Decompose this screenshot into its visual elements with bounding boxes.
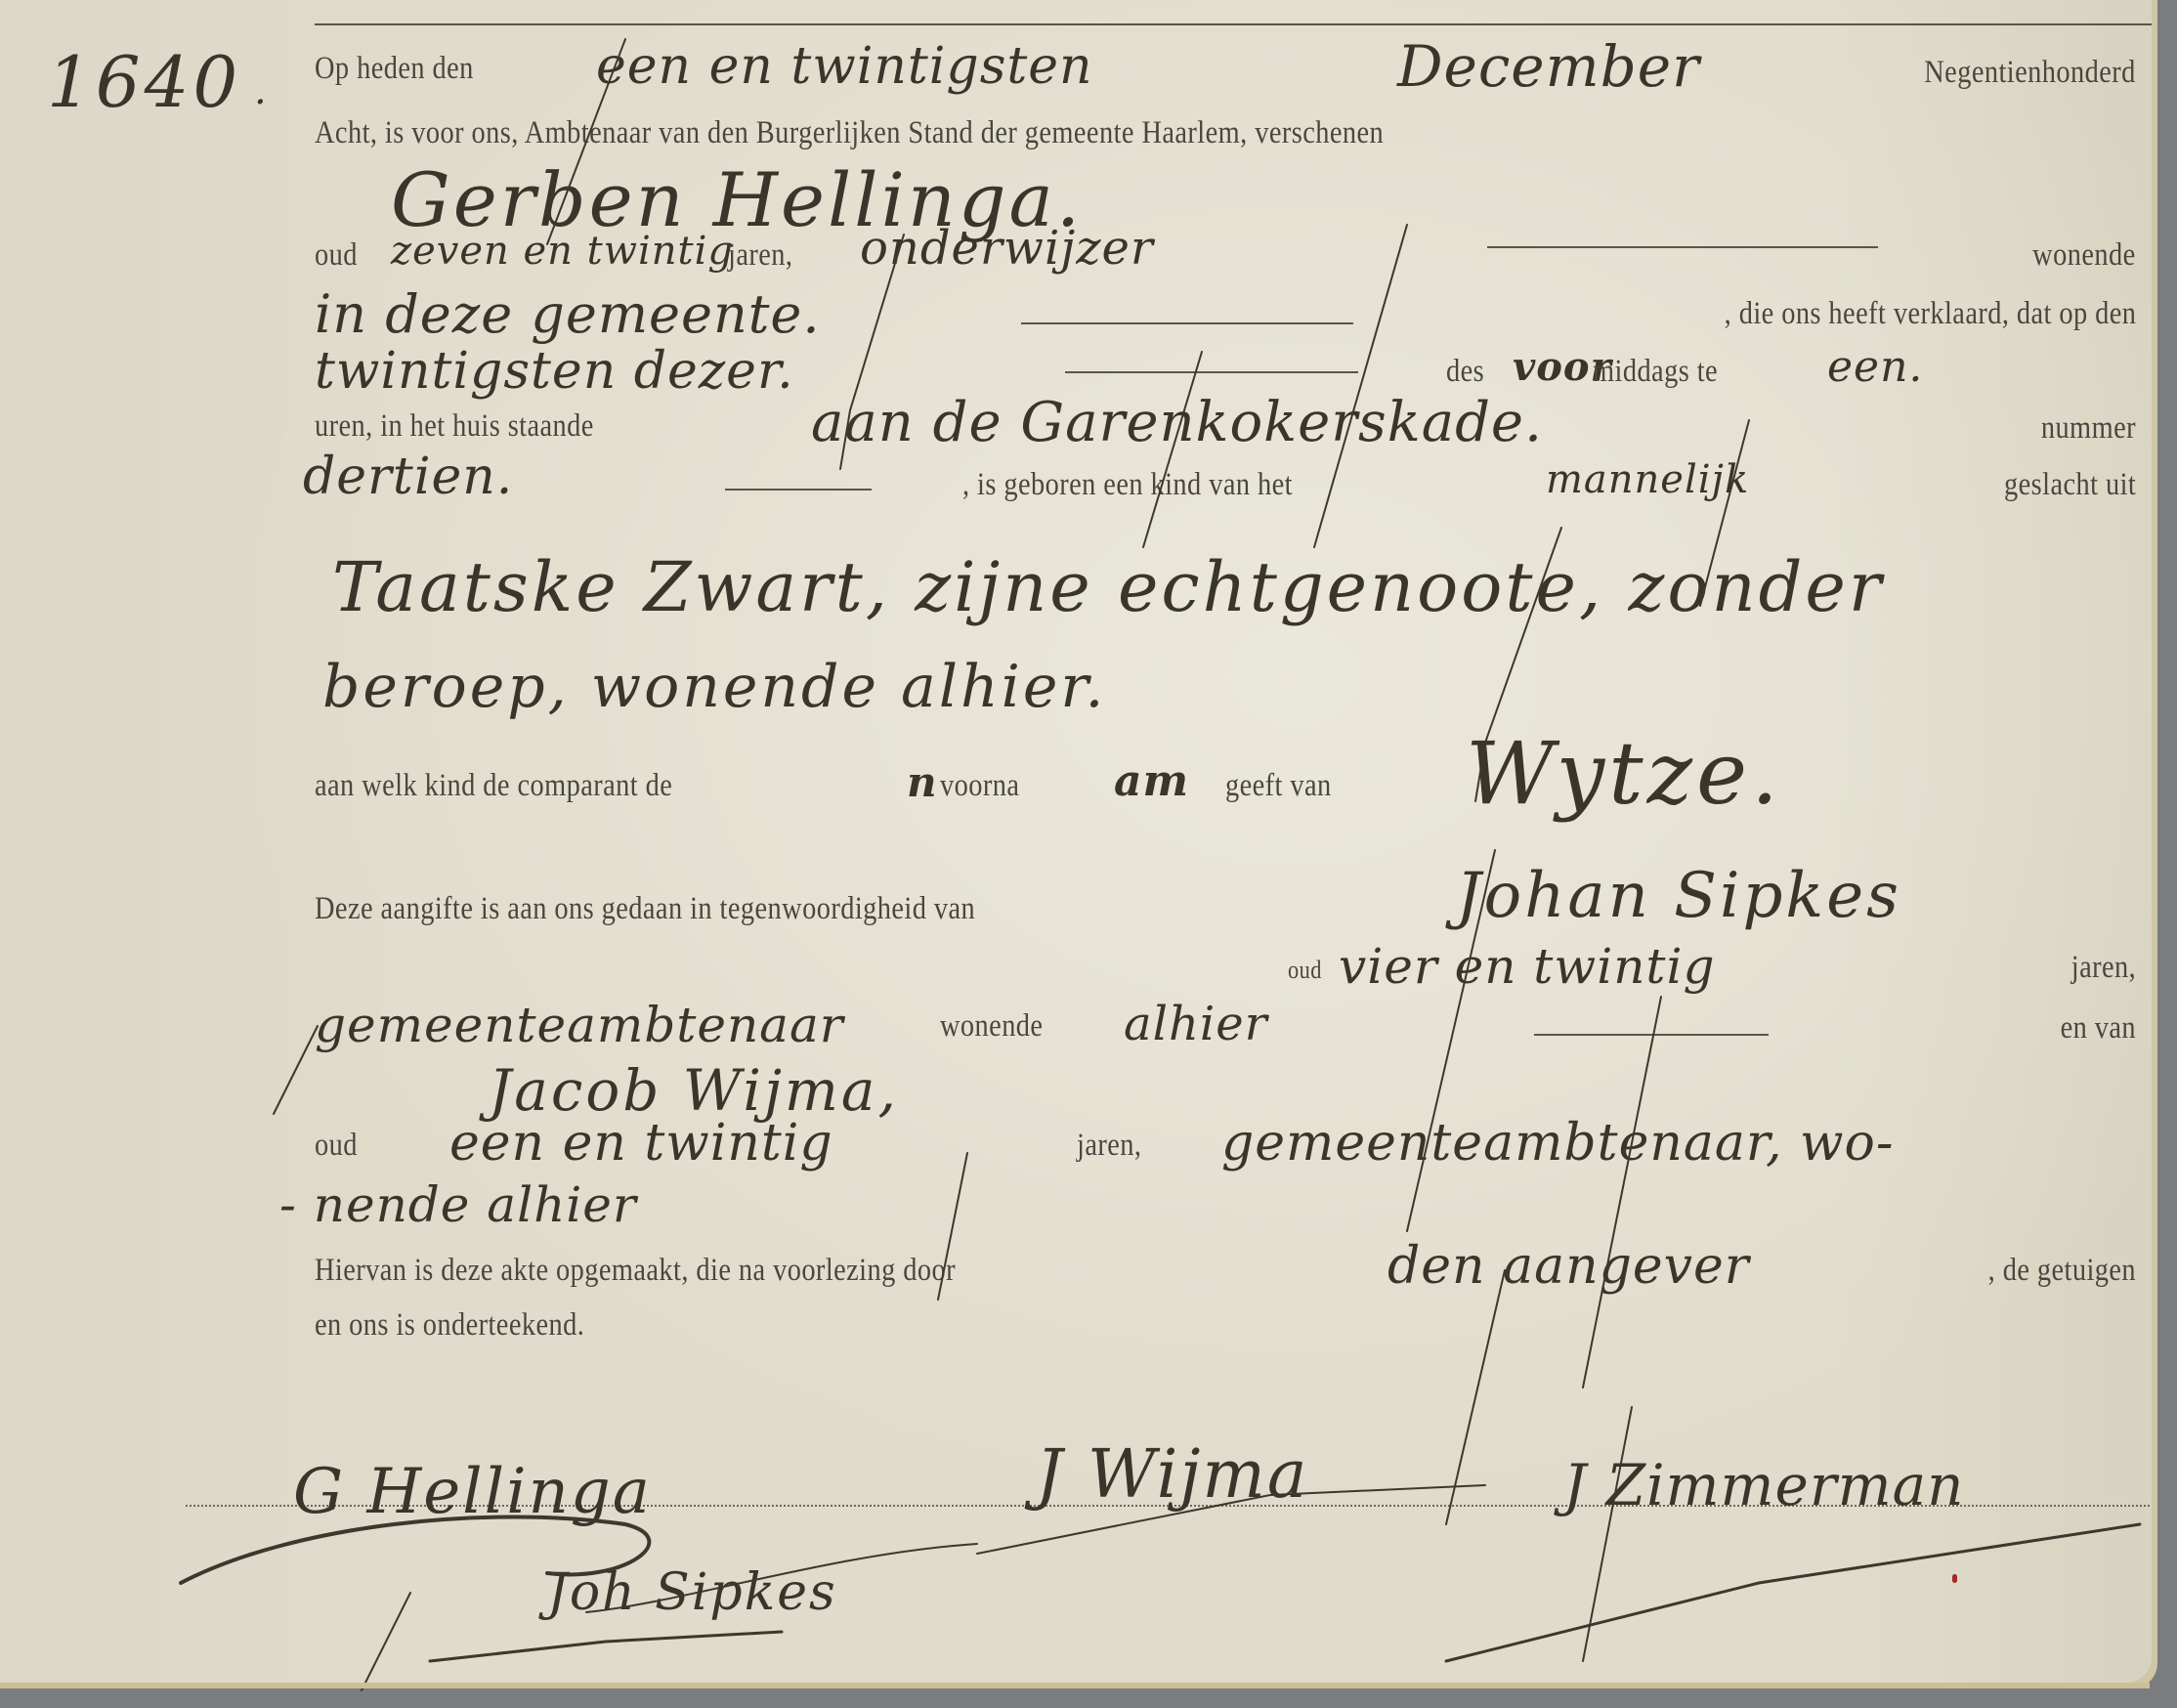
handwriting-flourishes (0, 0, 2177, 1708)
register-page: 1640 . Op heden den een en twintigsten D… (0, 0, 2157, 1688)
page-edge (0, 1683, 2150, 1688)
red-ink-mark (1952, 1574, 1957, 1583)
